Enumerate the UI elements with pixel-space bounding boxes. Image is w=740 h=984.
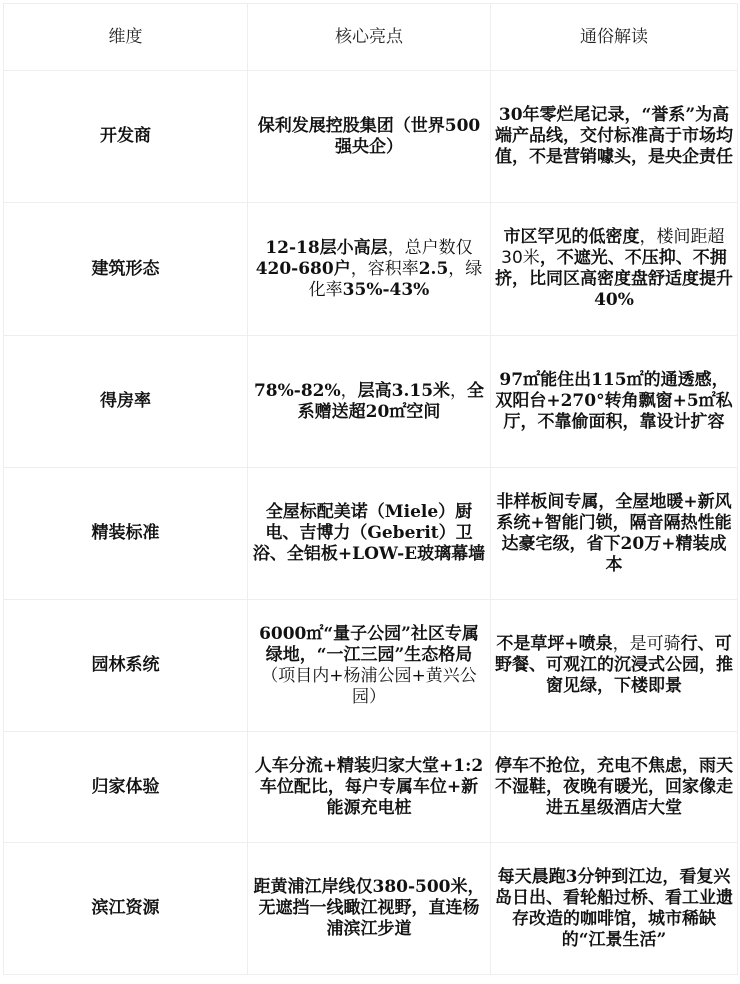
dimension-cell: 精装标准 xyxy=(4,468,248,600)
explain-cell: 非样板间专属，全屋地暖+新风系统+智能门锁，隔音隔热性能达豪宅级，省下20万+精… xyxy=(491,468,738,600)
explain-text: 非样板间专属，全屋地暖+新风系统+智能门锁，隔音隔热性能达豪宅级，省下20万+精… xyxy=(496,492,731,575)
highlight-text: 420-680户 xyxy=(256,259,351,279)
highlight-text: 78%-82% xyxy=(254,381,341,401)
explain-cell: 市区罕见的低密度，楼间距超30米，不遮光、不压抑、不拥挤，比同区高密度盘舒适度提… xyxy=(491,203,738,336)
highlight-text: 12-18层小高层 xyxy=(265,238,387,258)
highlight-cell: 全屋标配美诺（Miele）厨电、吉博力（Geberit）卫浴、全铝板+LOW-E… xyxy=(248,468,491,600)
highlight-cell: 人车分流+精装归家大堂+1:2车位配比，每户专属车位+新能源充电桩 xyxy=(248,732,491,843)
table-row: 得房率78%-82%，层高3.15米，全系赠送超20㎡空间97㎡能住出115㎡的… xyxy=(4,336,738,468)
explain-text: ，是可骑 xyxy=(613,634,681,654)
header-dimension: 维度 xyxy=(4,4,248,71)
highlight-text: 35%-43% xyxy=(343,280,430,300)
dimension-cell: 园林系统 xyxy=(4,600,248,732)
table-row: 园林系统6000㎡“量子公园”社区专属绿地，“一江三园”生态格局（项目内+杨浦公… xyxy=(4,600,738,732)
dimension-cell: 滨江资源 xyxy=(4,843,248,975)
explain-cell: 97㎡能住出115㎡的通透感，双阳台+270°转角飘窗+5㎡私厅，不靠偷面积，靠… xyxy=(491,336,738,468)
highlight-text: （项目内+杨浦公园+黄兴公园） xyxy=(261,666,477,707)
comparison-table: 维度 核心亮点 通俗解读 开发商保利发展控股集团（世界500强央企）30年零烂尾… xyxy=(3,3,738,975)
highlight-cell: 6000㎡“量子公园”社区专属绿地，“一江三园”生态格局（项目内+杨浦公园+黄兴… xyxy=(248,600,491,732)
explain-text: 市区罕见的低密度 xyxy=(504,227,640,247)
table-row: 精装标准全屋标配美诺（Miele）厨电、吉博力（Geberit）卫浴、全铝板+L… xyxy=(4,468,738,600)
explain-text: 每天晨跑3分钟到江边，看复兴岛日出、看轮船过桥、看工业遗存改造的咖啡馆，城市稀缺… xyxy=(495,867,733,950)
highlight-cell: 距黄浦江岸线仅380-500米，无遮挡一线瞰江视野，直连杨浦滨江步道 xyxy=(248,843,491,975)
highlight-text: 距黄浦江岸线仅380-500米，无遮挡一线瞰江视野，直连杨浦滨江步道 xyxy=(253,877,484,939)
highlight-text: ，总户数仅 xyxy=(388,238,473,258)
table-row: 建筑形态12-18层小高层，总户数仅420-680户，容积率2.5，绿化率35%… xyxy=(4,203,738,336)
explain-cell: 不是草坪+喷泉，是可骑行、可野餐、可观江的沉浸式公园，推窗见绿，下楼即景 xyxy=(491,600,738,732)
explain-text: 停车不抢位，充电不焦虑，雨天不湿鞋，夜晚有暖光，回家像走进五星级酒店大堂 xyxy=(495,756,733,818)
highlight-text: 2.5 xyxy=(419,259,449,279)
table-row: 开发商保利发展控股集团（世界500强央企）30年零烂尾记录，“誉系”为高端产品线… xyxy=(4,71,738,203)
explain-cell: 每天晨跑3分钟到江边，看复兴岛日出、看轮船过桥、看工业遗存改造的咖啡馆，城市稀缺… xyxy=(491,843,738,975)
dimension-cell: 开发商 xyxy=(4,71,248,203)
highlight-text: 人车分流+精装归家大堂+1:2车位配比，每户专属车位+新能源充电桩 xyxy=(255,756,483,818)
highlight-cell: 12-18层小高层，总户数仅420-680户，容积率2.5，绿化率35%-43% xyxy=(248,203,491,336)
highlight-text: ， xyxy=(341,381,358,401)
explain-cell: 30年零烂尾记录，“誉系”为高端产品线，交付标准高于市场均值，不是营销噱头，是央… xyxy=(491,71,738,203)
table-row: 归家体验人车分流+精装归家大堂+1:2车位配比，每户专属车位+新能源充电桩停车不… xyxy=(4,732,738,843)
highlight-cell: 保利发展控股集团（世界500强央企） xyxy=(248,71,491,203)
table-header-row: 维度 核心亮点 通俗解读 xyxy=(4,4,738,71)
highlight-text: ，容积率 xyxy=(351,259,419,279)
explain-text: 不是草坪+喷泉 xyxy=(496,634,612,654)
explain-cell: 停车不抢位，充电不焦虑，雨天不湿鞋，夜晚有暖光，回家像走进五星级酒店大堂 xyxy=(491,732,738,843)
explain-text: 30年零烂尾记录，“誉系”为高端产品线，交付标准高于市场均值，不是营销噱头，是央… xyxy=(495,105,733,167)
header-explain: 通俗解读 xyxy=(491,4,738,71)
highlight-text: 层高3.15米 xyxy=(358,381,450,401)
table-row: 滨江资源距黄浦江岸线仅380-500米，无遮挡一线瞰江视野，直连杨浦滨江步道每天… xyxy=(4,843,738,975)
explain-text: 97㎡能住出115㎡的通透感，双阳台+270°转角飘窗+5㎡私厅，不靠偷面积，靠… xyxy=(495,370,732,432)
header-highlight: 核心亮点 xyxy=(248,4,491,71)
dimension-cell: 归家体验 xyxy=(4,732,248,843)
highlight-text: 保利发展控股集团（世界500强央企） xyxy=(258,116,481,157)
highlight-text: 6000㎡“量子公园”社区专属绿地，“一江三园”生态格局 xyxy=(259,624,479,665)
highlight-cell: 78%-82%，层高3.15米，全系赠送超20㎡空间 xyxy=(248,336,491,468)
dimension-cell: 建筑形态 xyxy=(4,203,248,336)
highlight-text: 全屋标配美诺（Miele）厨电、吉博力（Geberit）卫浴、全铝板+LOW-E… xyxy=(253,502,485,564)
dimension-cell: 得房率 xyxy=(4,336,248,468)
highlight-text: ， xyxy=(450,381,467,401)
